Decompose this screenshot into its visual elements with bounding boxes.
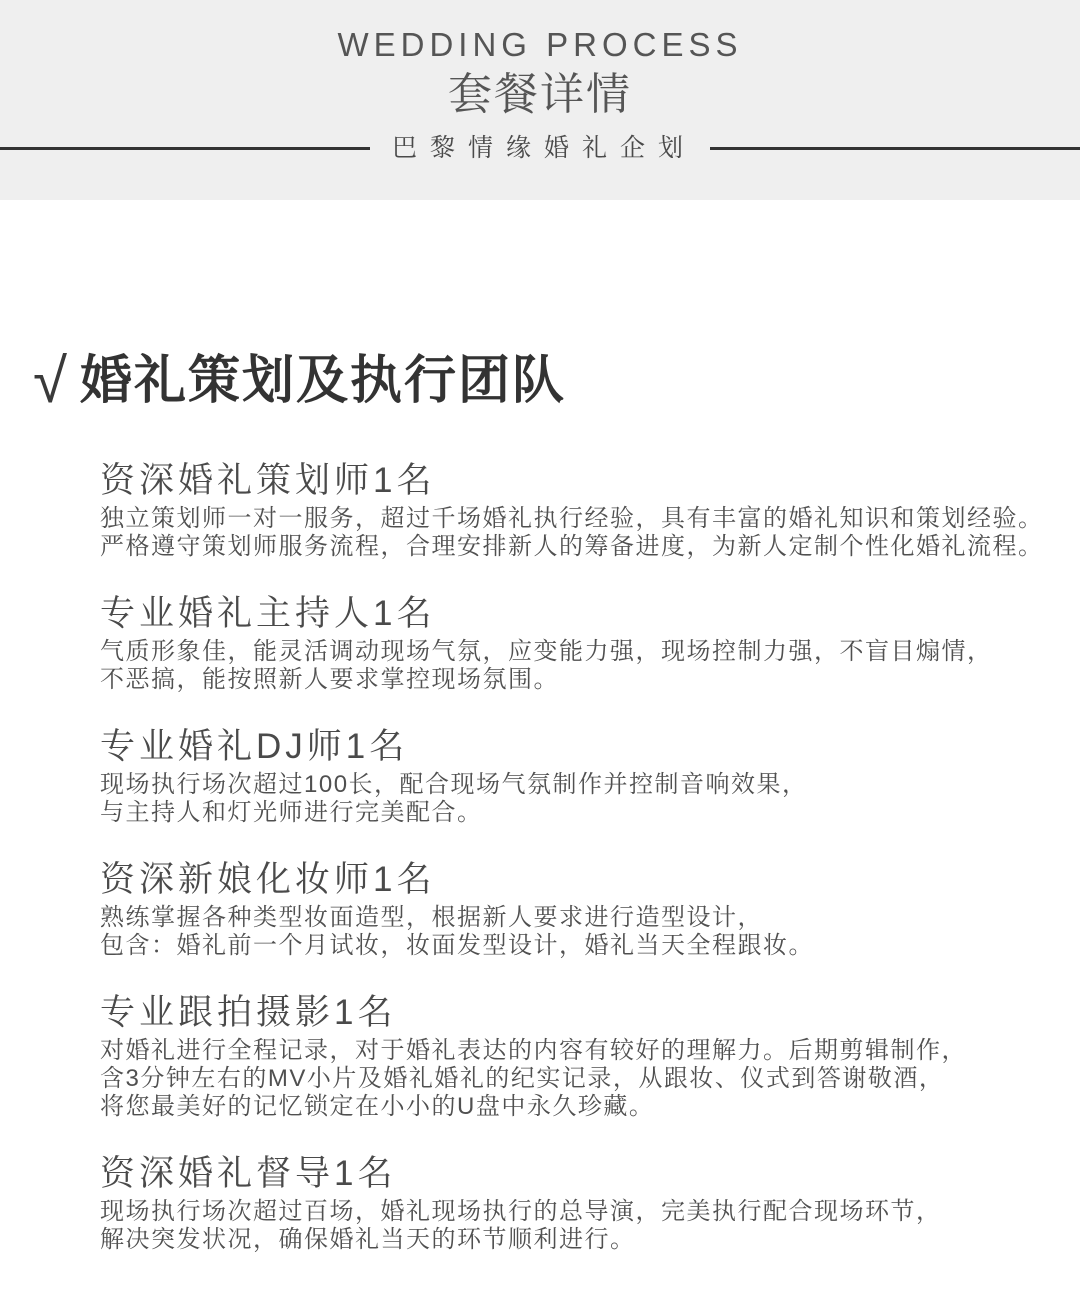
divider-line-left	[0, 147, 370, 150]
team-item: 专业婚礼DJ师1名现场执行场次超过100长，配合现场气氛制作并控制音响效果，与主…	[100, 728, 1080, 827]
team-item-title: 专业婚礼主持人1名	[100, 595, 1080, 633]
team-item-description-line: 不恶搞，能按照新人要求掌控现场氛围。	[100, 666, 1080, 694]
header-tagline: 巴黎情缘婚礼企划	[370, 133, 710, 163]
team-item-title: 专业婚礼DJ师1名	[100, 728, 1080, 766]
header-banner: WEDDING PROCESS 套餐详情 巴黎情缘婚礼企划	[0, 0, 1080, 200]
team-item-description-line: 现场执行场次超过100长，配合现场气氛制作并控制音响效果，	[100, 771, 1080, 799]
header-title-en: WEDDING PROCESS	[0, 27, 1080, 63]
team-item-description-line: 包含：婚礼前一个月试妆，妆面发型设计，婚礼当天全程跟妆。	[100, 932, 1080, 960]
team-item-description-line: 解决突发状况，确保婚礼当天的环节顺利进行。	[100, 1226, 1080, 1254]
team-item-title: 资深新娘化妆师1名	[100, 861, 1080, 899]
header-title-cn: 套餐详情	[0, 71, 1080, 119]
team-item-description-line: 将您最美好的记忆锁定在小小的U盘中永久珍藏。	[100, 1093, 1080, 1121]
team-item-description-line: 对婚礼进行全程记录，对于婚礼表达的内容有较好的理解力。后期剪辑制作，	[100, 1037, 1080, 1065]
team-item-title: 专业跟拍摄影1名	[100, 994, 1080, 1032]
package-detail-page: WEDDING PROCESS 套餐详情 巴黎情缘婚礼企划 √ 婚礼策划及执行团…	[0, 0, 1080, 1291]
header-divider: 巴黎情缘婚礼企划	[0, 133, 1080, 163]
team-item: 资深婚礼策划师1名独立策划师一对一服务，超过千场婚礼执行经验，具有丰富的婚礼知识…	[100, 462, 1080, 561]
team-item: 资深新娘化妆师1名熟练掌握各种类型妆面造型，根据新人要求进行造型设计，包含：婚礼…	[100, 861, 1080, 960]
team-item-title: 资深婚礼督导1名	[100, 1155, 1080, 1193]
team-item-description-line: 与主持人和灯光师进行完美配合。	[100, 799, 1080, 827]
team-item-description-line: 严格遵守策划师服务流程，合理安排新人的筹备进度，为新人定制个性化婚礼流程。	[100, 533, 1080, 561]
team-item-description-line: 气质形象佳，能灵活调动现场气氛，应变能力强，现场控制力强，不盲目煽情，	[100, 638, 1080, 666]
team-item-description-line: 现场执行场次超过百场，婚礼现场执行的总导演，完美执行配合现场环节，	[100, 1198, 1080, 1226]
team-item-description-line: 熟练掌握各种类型妆面造型，根据新人要求进行造型设计，	[100, 904, 1080, 932]
team-item-description-line: 独立策划师一对一服务，超过千场婚礼执行经验，具有丰富的婚礼知识和策划经验。	[100, 505, 1080, 533]
team-item-title: 资深婚礼策划师1名	[100, 462, 1080, 500]
team-item: 专业跟拍摄影1名对婚礼进行全程记录，对于婚礼表达的内容有较好的理解力。后期剪辑制…	[100, 994, 1080, 1121]
team-item: 资深婚礼督导1名现场执行场次超过百场，婚礼现场执行的总导演，完美执行配合现场环节…	[100, 1155, 1080, 1254]
team-section-heading-text: 婚礼策划及执行团队	[80, 350, 566, 412]
team-item: 专业婚礼主持人1名气质形象佳，能灵活调动现场气氛，应变能力强，现场控制力强，不盲…	[100, 595, 1080, 694]
team-items-list: 资深婚礼策划师1名独立策划师一对一服务，超过千场婚礼执行经验，具有丰富的婚礼知识…	[100, 462, 1080, 1288]
team-section-heading: √ 婚礼策划及执行团队	[33, 350, 566, 413]
divider-line-right	[710, 147, 1080, 150]
team-item-description-line: 含3分钟左右的MV小片及婚礼婚礼的纪实记录，从跟妆、仪式到答谢敬酒，	[100, 1065, 1080, 1093]
checkmark-icon: √	[33, 351, 67, 413]
